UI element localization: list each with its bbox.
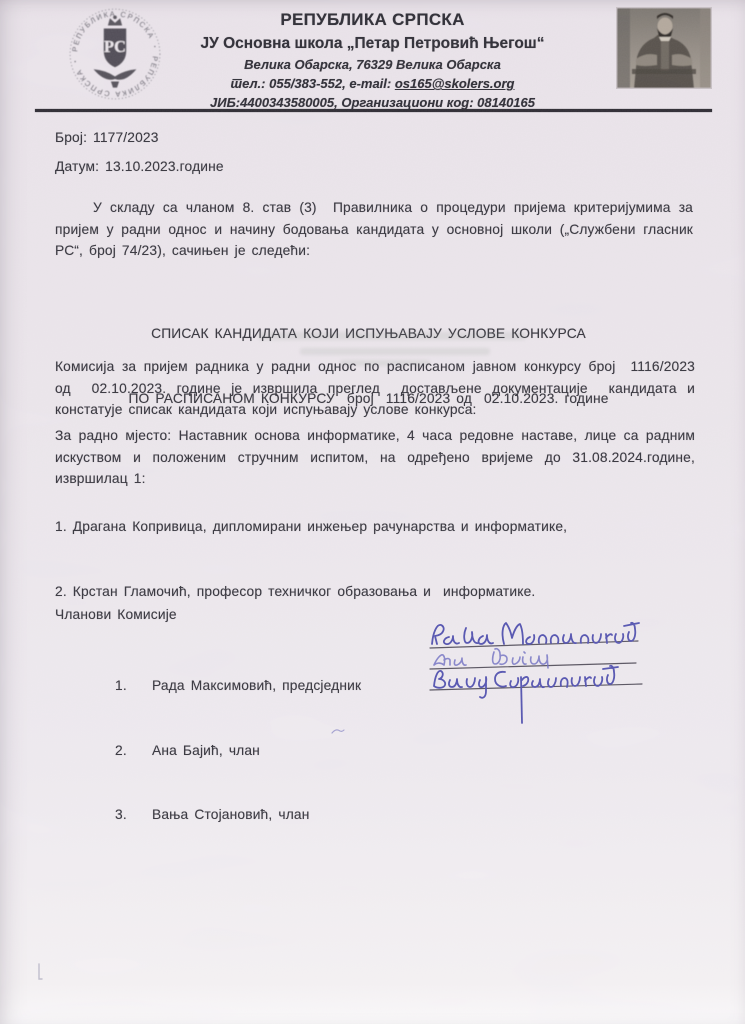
signature-ana-bajic	[434, 649, 548, 668]
member-row: 3. Вања Стојановић, члан	[115, 804, 361, 826]
commission-members-list: 1. Рада Максимовић, предсједник 2. Ана Б…	[115, 632, 361, 869]
commission-paragraph: Комисија за пријем радника у радни однос…	[55, 356, 695, 421]
letterhead-contact: тел.: 055/383-552, e-mail: os165@skolers…	[150, 76, 595, 91]
svg-text:РС: РС	[104, 37, 126, 56]
member-number: 1.	[115, 675, 152, 697]
letterhead-address: Велика Обарска, 76329 Велика Обарска	[150, 57, 595, 72]
candidate-item: 2. Крстан Гламочић, професор техничког о…	[55, 581, 695, 603]
member-name: Вања Стојановић, члан	[152, 804, 309, 826]
header-divider	[35, 109, 712, 112]
member-number: 3.	[115, 804, 152, 826]
letterhead-republic: РЕПУБЛИКА СРПСКА	[150, 10, 595, 30]
document-number: Број: 1177/2023	[55, 127, 159, 149]
document-date: Датум: 13.10.2023.године	[55, 156, 224, 178]
member-row: 2. Ана Бајић, члан	[115, 740, 361, 762]
candidate-item: 1. Драгана Копривица, дипломирани инжење…	[55, 516, 695, 538]
stray-scan-mark	[36, 963, 46, 983]
letterhead-phone: тел.: 055/383-552, e-mail:	[231, 76, 395, 91]
njegos-portrait-image	[616, 7, 712, 89]
member-number: 2.	[115, 740, 152, 762]
scan-bleedthrough-artifact	[258, 332, 526, 340]
signature-vanja-stojanovic	[434, 666, 618, 723]
letterhead-ids: ЈИБ:4400343580005, Организациони код: 08…	[150, 95, 595, 110]
scan-bleedthrough-artifact	[300, 348, 490, 355]
handwritten-signatures	[420, 610, 655, 738]
member-name: Ана Бајић, члан	[152, 740, 260, 762]
letterhead: РЕПУБЛИКА СРПСКА ЈУ Основна школа „Петар…	[150, 10, 595, 110]
letterhead-email: os165@skolers.org	[395, 76, 515, 91]
member-row: 1. Рада Максимовић, предсједник	[115, 675, 361, 697]
signature-rada-maksimovic	[432, 623, 639, 644]
stray-pen-mark	[330, 726, 346, 736]
intro-paragraph: У складу са чланом 8. став (3) Правилник…	[55, 197, 693, 262]
member-name: Рада Максимовић, предсједник	[152, 675, 361, 697]
commission-heading: Чланови Комисије	[55, 604, 177, 626]
document-page: РЕПУБЛИКА СРПСКА ・ РЕПУБЛИКА СРПСКА ・ РС…	[0, 0, 745, 1024]
letterhead-school-name: ЈУ Основна школа „Петар Петровић Његош“	[150, 35, 595, 53]
